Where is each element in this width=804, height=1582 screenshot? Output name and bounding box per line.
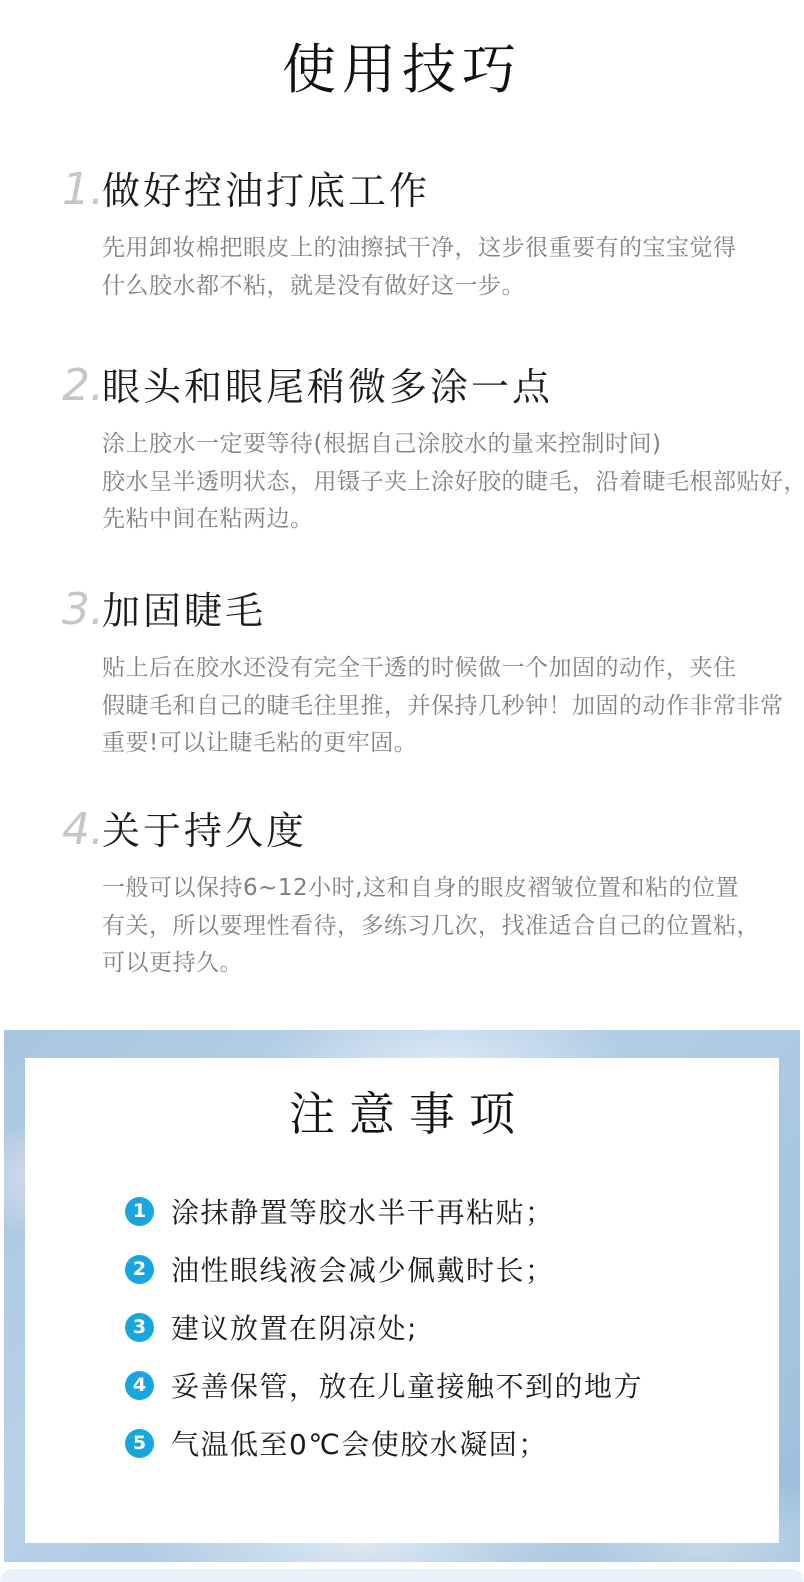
tip-heading: 眼头和眼尾稍微多涂一点 (102, 363, 553, 411)
tip-body-line: 贴上后在胶水还没有完全干透的时候做一个加固的动作，夹住 (102, 650, 762, 688)
tip-section-1: 1. 做好控油打底工作 先用卸妆棉把眼皮上的油擦拭干净，这步很重要有的宝宝觉得 … (62, 166, 762, 305)
page-title: 使用技巧 (0, 38, 804, 102)
tip-body: 一般可以保持6~12小时,这和自身的眼皮褶皱位置和粘的位置 有关，所以要理性看待… (102, 870, 762, 983)
tip-number: 3. (62, 586, 102, 634)
tip-body-line: 重要!可以让睫毛粘的更牢固。 (102, 725, 762, 763)
tip-body-line: 一般可以保持6~12小时,这和自身的眼皮褶皱位置和粘的位置 (102, 870, 762, 908)
notice-item-1: 1 涂抹静置等胶水半干再粘贴； (125, 1196, 779, 1226)
tip-body: 先用卸妆棉把眼皮上的油擦拭干净，这步很重要有的宝宝觉得 什么胶水都不粘，就是没有… (102, 230, 762, 305)
notice-item-4: 4 妥善保管，放在儿童接触不到的地方 (125, 1370, 779, 1400)
tip-body-line: 什么胶水都不粘，就是没有做好这一步。 (102, 268, 762, 306)
tip-section-2: 2. 眼头和眼尾稍微多涂一点 涂上胶水一定要等待(根据自己涂胶水的量来控制时间)… (62, 362, 762, 539)
notice-band-background: 注意事项 1 涂抹静置等胶水半干再粘贴； 2 油性眼线液会减少佩戴时长； 3 建… (4, 1030, 800, 1562)
notice-item-3: 3 建议放置在阴凉处; (125, 1312, 779, 1342)
notice-title: 注意事项 (25, 1088, 779, 1140)
number-badge-icon: 3 (125, 1313, 154, 1342)
tip-section-3: 3. 加固睫毛 贴上后在胶水还没有完全干透的时候做一个加固的动作，夹住 假睫毛和… (62, 586, 762, 763)
tip-body-line: 涂上胶水一定要等待(根据自己涂胶水的量来控制时间) (102, 426, 762, 464)
tip-body-line: 假睫毛和自己的睫毛往里推，并保持几秒钟！加固的动作非常非常 (102, 688, 762, 726)
tip-body-line: 可以更持久。 (102, 945, 762, 983)
product-description-page: 使用技巧 1. 做好控油打底工作 先用卸妆棉把眼皮上的油擦拭干净，这步很重要有的… (0, 0, 804, 1582)
tip-section-4-header: 4. 关于持久度 (62, 806, 762, 854)
notice-item-text: 涂抹静置等胶水半干再粘贴； (171, 1191, 555, 1231)
number-badge-icon: 4 (125, 1371, 154, 1400)
notice-item-text: 建议放置在阴凉处; (171, 1307, 418, 1347)
tip-section-1-header: 1. 做好控油打底工作 (62, 166, 762, 214)
tip-body: 贴上后在胶水还没有完全干透的时候做一个加固的动作，夹住 假睫毛和自己的睫毛往里推… (102, 650, 762, 763)
tip-section-2-header: 2. 眼头和眼尾稍微多涂一点 (62, 362, 762, 410)
tip-number: 1. (62, 166, 102, 214)
notice-item-text: 气温低至0℃会使胶水凝固； (171, 1423, 548, 1463)
tip-body: 涂上胶水一定要等待(根据自己涂胶水的量来控制时间) 胶水呈半透明状态，用镊子夹上… (102, 426, 762, 539)
tip-heading: 做好控油打底工作 (102, 167, 430, 215)
tip-heading: 加固睫毛 (102, 587, 266, 635)
notice-item-5: 5 气温低至0℃会使胶水凝固； (125, 1428, 779, 1458)
notice-item-text: 油性眼线液会减少佩戴时长； (171, 1249, 555, 1289)
tip-body-line: 胶水呈半透明状态，用镊子夹上涂好胶的睫毛，沿着睫毛根部贴好， (102, 464, 762, 502)
tip-body-line: 先粘中间在粘两边。 (102, 501, 762, 539)
tip-body-line: 有关，所以要理性看待，多练习几次，找准适合自己的位置粘， (102, 908, 762, 946)
notice-item-2: 2 油性眼线液会减少佩戴时长； (125, 1254, 779, 1284)
tip-section-4: 4. 关于持久度 一般可以保持6~12小时,这和自身的眼皮褶皱位置和粘的位置 有… (62, 806, 762, 983)
number-badge-icon: 2 (125, 1255, 154, 1284)
number-badge-icon: 5 (125, 1429, 154, 1458)
number-badge-icon: 1 (125, 1197, 154, 1226)
tip-number: 2. (62, 362, 102, 410)
next-section-strip (0, 1569, 804, 1582)
tip-heading: 关于持久度 (102, 807, 307, 855)
tip-body-line: 先用卸妆棉把眼皮上的油擦拭干净，这步很重要有的宝宝觉得 (102, 230, 762, 268)
notice-card: 注意事项 1 涂抹静置等胶水半干再粘贴； 2 油性眼线液会减少佩戴时长； 3 建… (25, 1058, 779, 1543)
tip-number: 4. (62, 806, 102, 854)
tip-section-3-header: 3. 加固睫毛 (62, 586, 762, 634)
notice-list: 1 涂抹静置等胶水半干再粘贴； 2 油性眼线液会减少佩戴时长； 3 建议放置在阴… (25, 1196, 779, 1458)
notice-item-text: 妥善保管，放在儿童接触不到的地方 (171, 1365, 643, 1405)
